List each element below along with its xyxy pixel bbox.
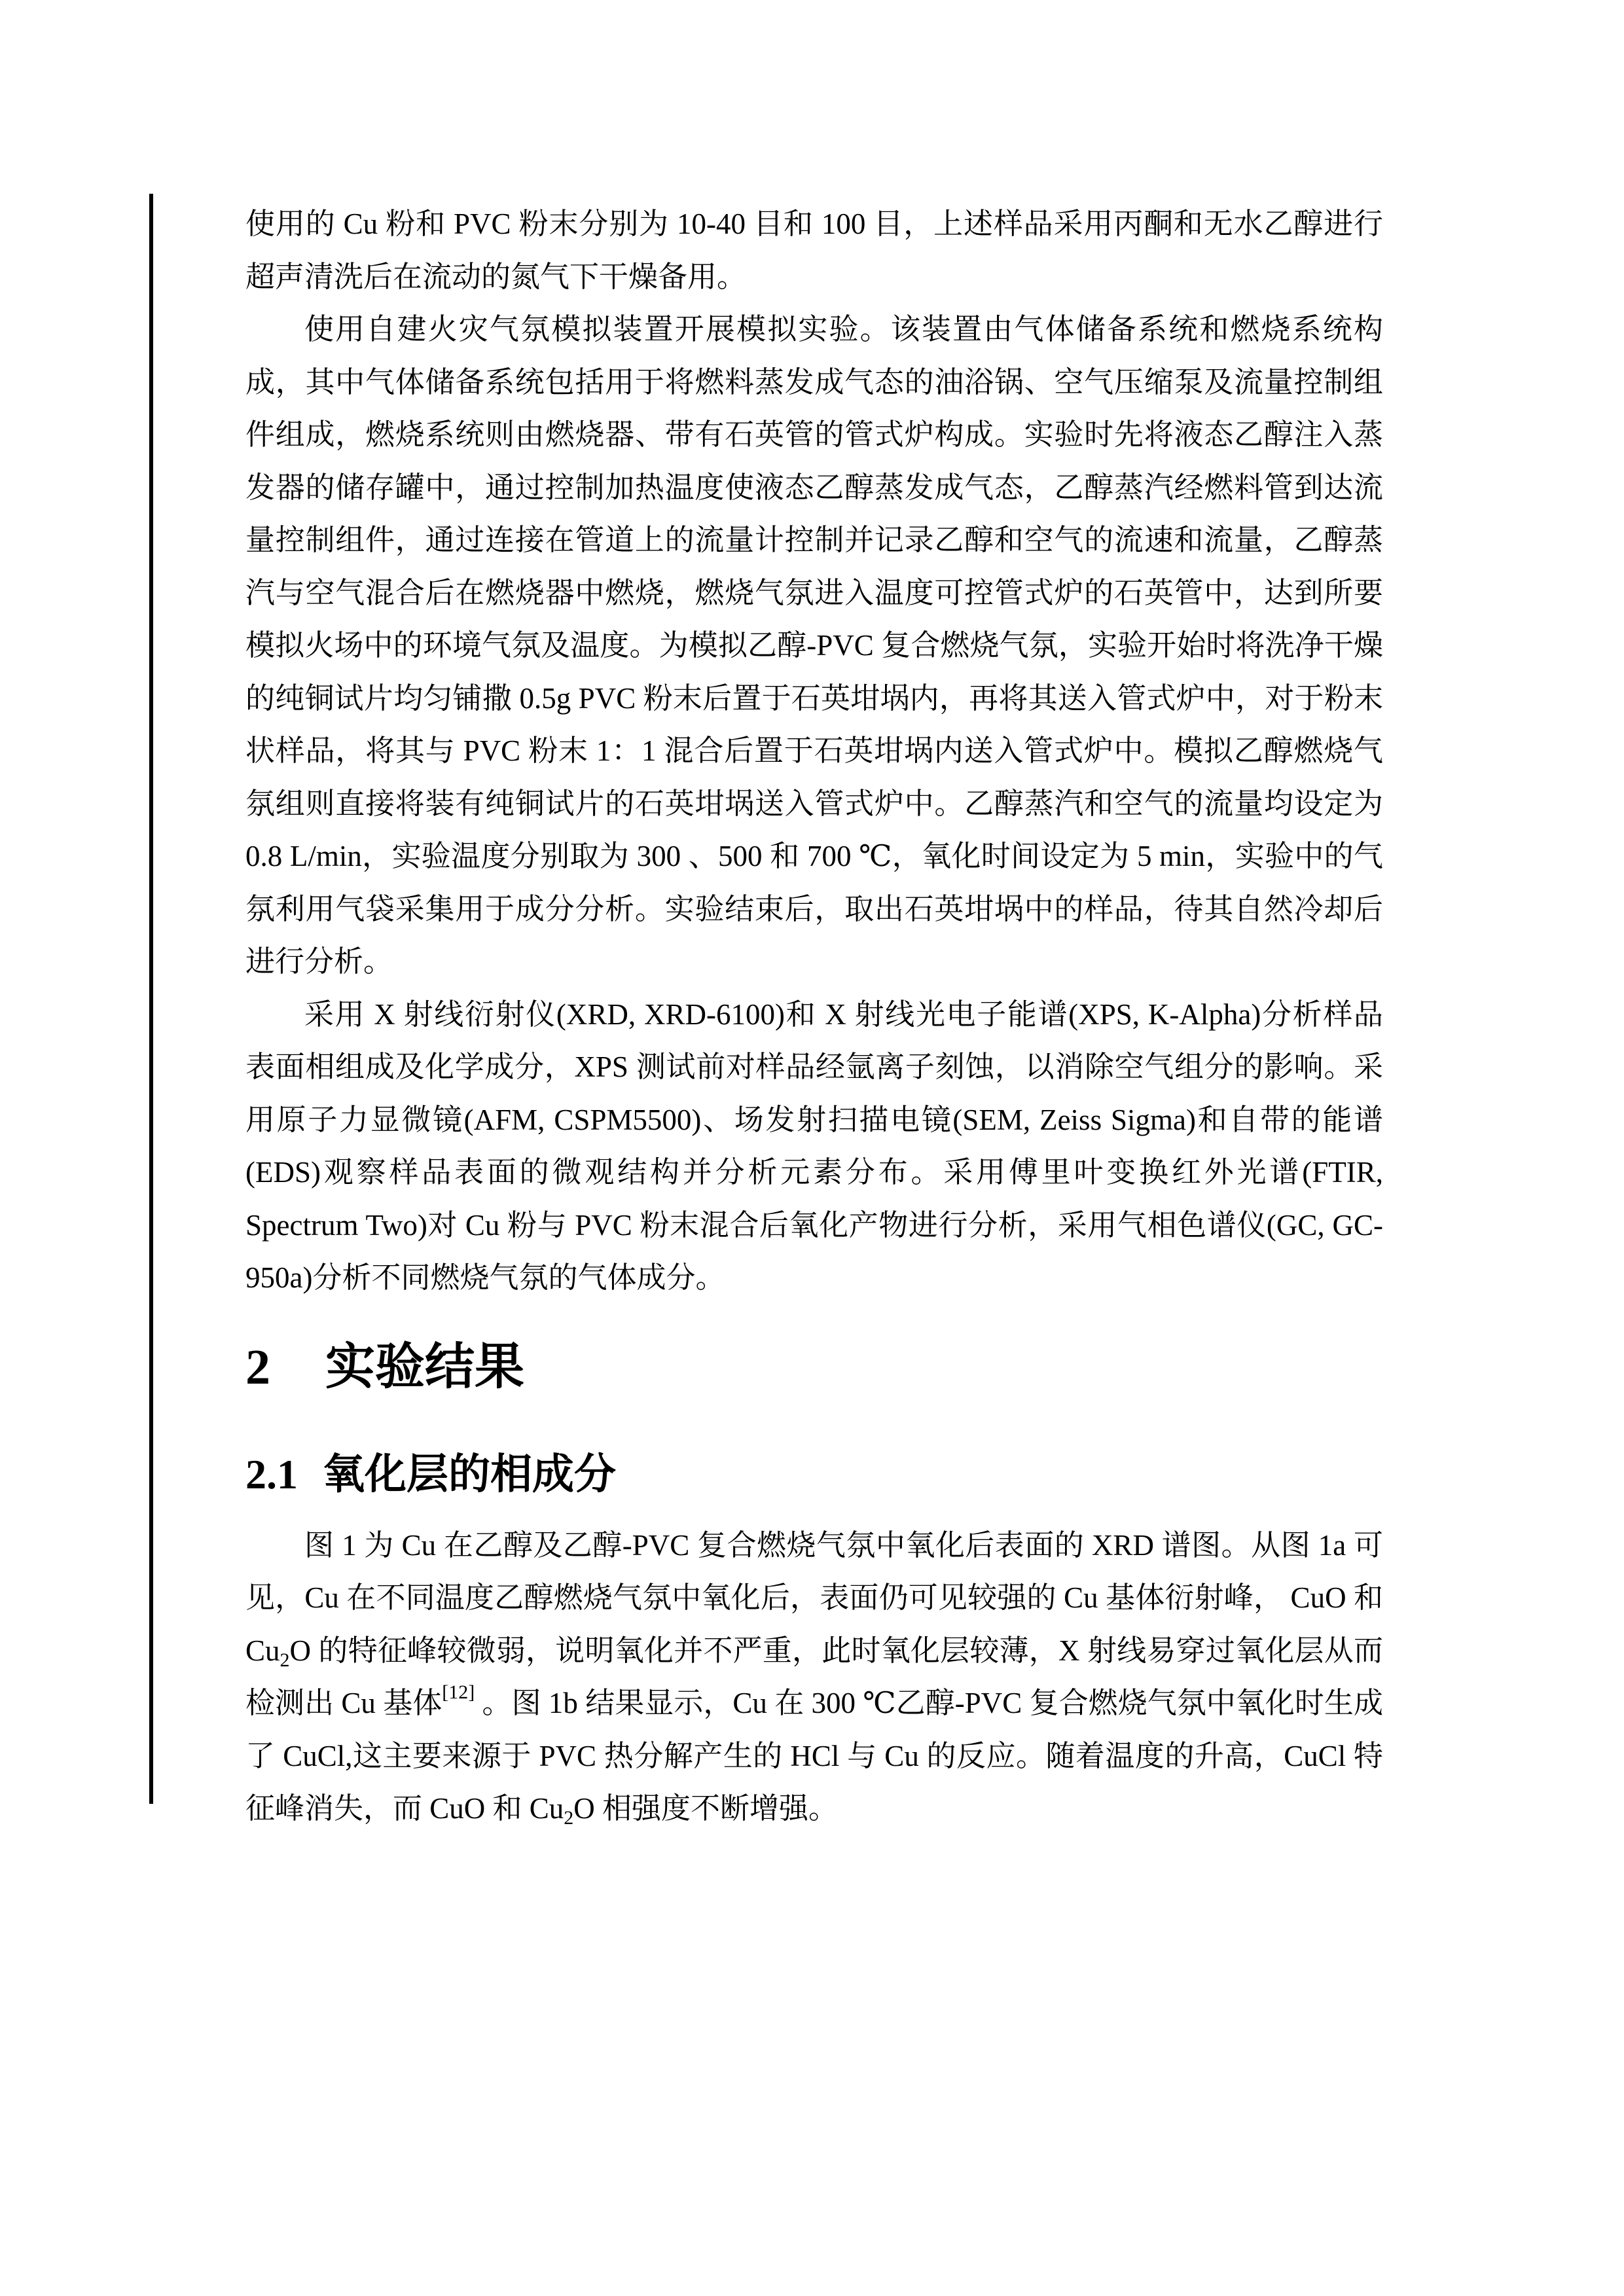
citation-reference-12: [12] <box>442 1681 475 1703</box>
section-number: 2 <box>245 1340 270 1395</box>
text-block: 使用的 Cu 粉和 PVC 粉末分别为 10-40 目和 100 目，上述样品采… <box>245 198 1383 1835</box>
subsection-title: 氧化层的相成分 <box>323 1451 616 1498</box>
manuscript-page: 使用的 Cu 粉和 PVC 粉末分别为 10-40 目和 100 目，上述样品采… <box>0 0 1624 2296</box>
subsection-heading: 2.1氧化层的相成分 <box>245 1446 1383 1503</box>
paragraph-xrd-results: 图 1 为 Cu 在乙醇及乙醇-PVC 复合燃烧气氛中氧化后表面的 XRD 谱图… <box>245 1519 1383 1835</box>
paragraph-characterization-methods: 采用 X 射线衍射仪(XRD, XRD-6100)和 X 射线光电子能谱(XPS… <box>245 988 1383 1304</box>
results-text-segment-4: O 相强度不断增强。 <box>573 1792 838 1825</box>
section-heading: 2实验结果 <box>245 1336 1383 1399</box>
chemical-subscript-cu2o: 2 <box>280 1649 290 1671</box>
subsection-number: 2.1 <box>245 1451 298 1498</box>
revision-change-bar <box>149 194 153 1804</box>
chemical-subscript-cu2o-2: 2 <box>564 1807 573 1829</box>
paragraph-fire-atmosphere-apparatus: 使用自建火灾气氛模拟装置开展模拟实验。该装置由气体储备系统和燃烧系统构成，其中气… <box>245 303 1383 988</box>
section-title: 实验结果 <box>325 1340 524 1395</box>
paragraph-sample-preparation: 使用的 Cu 粉和 PVC 粉末分别为 10-40 目和 100 目，上述样品采… <box>245 198 1383 303</box>
